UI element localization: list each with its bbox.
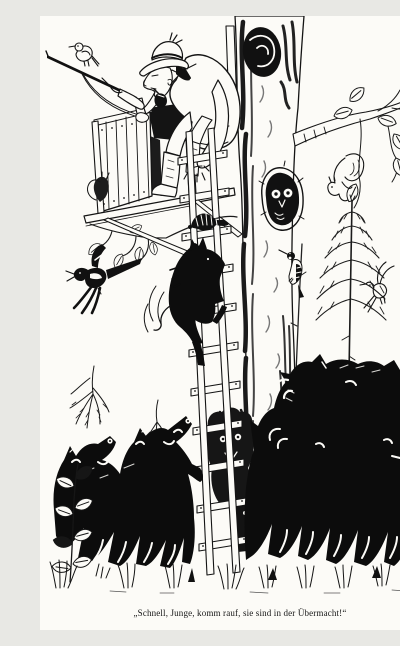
boar-group-left [53,416,203,568]
squirrel-branch [328,154,364,201]
branch-right [293,84,400,208]
magpie [66,244,142,313]
grass [50,560,400,593]
sparrow-on-rifle [69,43,99,66]
cartoon-illustration: „Schnell, Junge, komm rauf, sie sind in … [40,16,400,630]
illustration-canvas [40,16,400,630]
boar-tail [154,306,170,330]
rifle [46,51,144,116]
